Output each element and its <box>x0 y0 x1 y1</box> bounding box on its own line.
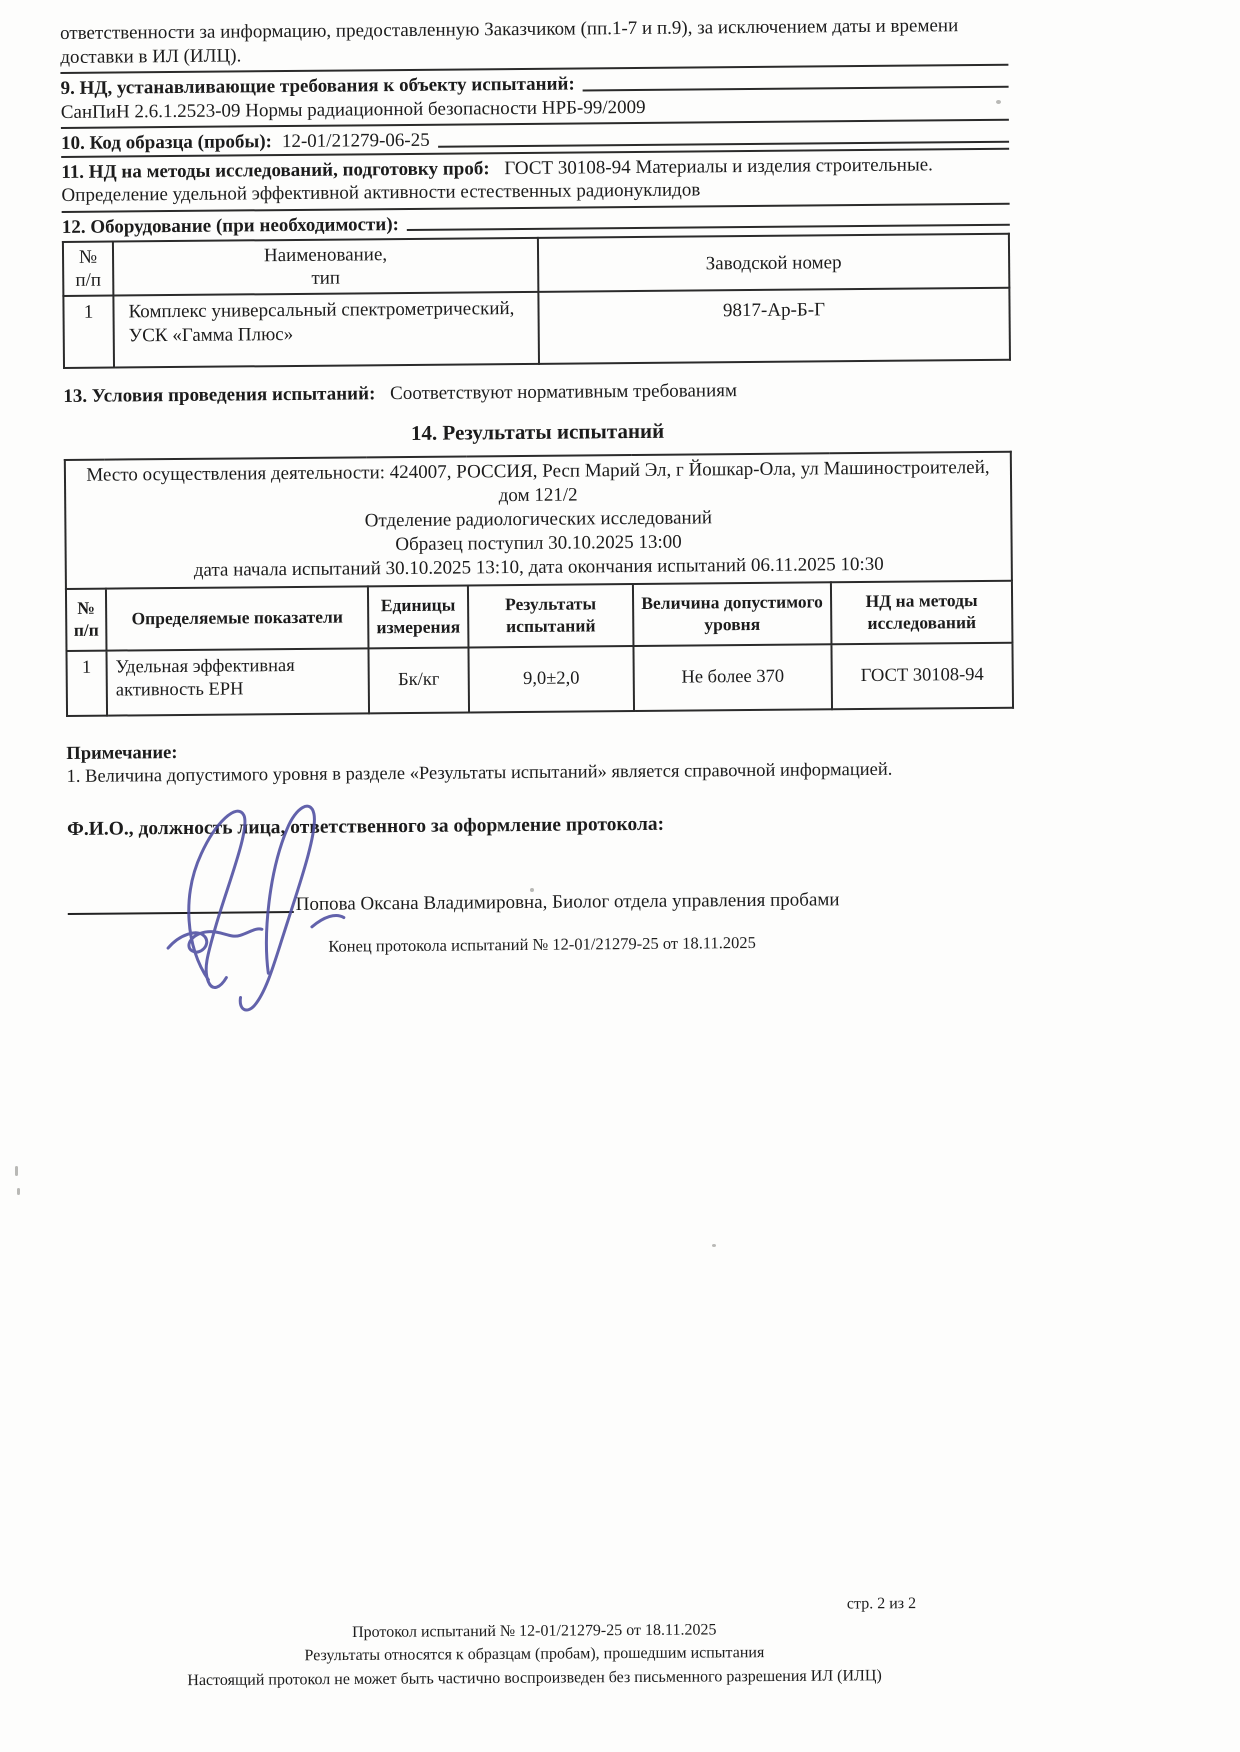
equipment-header-serial: Заводской номер <box>538 234 1009 292</box>
section-10-label: 10. Код образца (пробы): <box>61 130 272 155</box>
signature-row: Попова Оксана Владимировна, Биолог отдел… <box>68 880 1016 918</box>
scan-artifact <box>15 1166 18 1176</box>
results-info-cell: Место осуществления деятельности: 424007… <box>65 452 1012 589</box>
scan-artifact <box>17 1188 20 1195</box>
section-10-row: 10. Код образца (пробы): 12-01/21279-06-… <box>61 124 1009 158</box>
results-info-row: Место осуществления деятельности: 424007… <box>65 452 1012 589</box>
results-cell-limit: Не более 370 <box>633 644 832 711</box>
section-13-label: 13. Условия проведения испытаний: <box>63 384 375 408</box>
results-info-address: Место осуществления деятельности: 424007… <box>76 456 1000 512</box>
equipment-header-num: № п/п <box>63 242 113 296</box>
section-13-row: 13. Условия проведения испытаний: Соотве… <box>63 377 1011 409</box>
results-header-result: Результаты испытаний <box>468 584 634 647</box>
equipment-header-name: Наименование, тип <box>113 238 538 296</box>
scan-artifact <box>996 100 1001 104</box>
equipment-cell-num: 1 <box>63 296 114 368</box>
section-12-label: 12. Оборудование (при необходимости): <box>62 213 399 239</box>
results-cell-num: 1 <box>66 650 107 715</box>
results-cell-method: ГОСТ 30108-94 <box>831 642 1013 709</box>
results-cell-indicator: Удельная эффективная активность ЕРН <box>106 648 369 715</box>
section-11-label: 11. НД на методы исследований, подготовк… <box>61 158 489 183</box>
signer-name: Попова Оксана Владимировна, Биолог отдел… <box>296 888 840 916</box>
section-11-value: ГОСТ 30108-94 Материалы и изделия строит… <box>504 154 933 179</box>
equipment-table-header-row: № п/п Наименование, тип Заводской номер <box>63 234 1009 296</box>
section-10-value: 12-01/21279-06-25 <box>282 129 430 154</box>
document-content: ответственности за информацию, предостав… <box>60 14 1016 959</box>
results-header-row: № п/п Определяемые показатели Единицы из… <box>66 580 1013 650</box>
results-header-units: Единицы измерения <box>368 585 469 648</box>
results-header-limit: Величина допустимого уровня <box>633 582 832 646</box>
table-row: 1 Комплекс универсальный спектрометричес… <box>63 288 1010 368</box>
section-13-value: Соответствуют нормативным требованиям <box>390 380 737 404</box>
continuation-paragraph: ответственности за информацию, предостав… <box>60 14 1008 74</box>
section-11-block: 11. НД на методы исследований, подготовк… <box>61 152 1009 212</box>
results-section-title: 14. Результаты испытаний <box>63 415 1011 449</box>
table-row: 1 Удельная эффективная активность ЕРН Бк… <box>66 642 1013 715</box>
rule <box>583 85 1009 91</box>
rule <box>407 224 1010 231</box>
equipment-table: № п/п Наименование, тип Заводской номер … <box>62 233 1011 369</box>
results-header-method: НД на методы исследований <box>831 580 1013 644</box>
equipment-cell-name: Комплекс универсальный спектрометрически… <box>113 292 539 368</box>
equipment-cell-serial: 9817-Ар-Б-Г <box>538 288 1010 364</box>
results-table: Место осуществления деятельности: 424007… <box>64 451 1014 717</box>
scanned-protocol-page: ответственности за информацию, предостав… <box>0 0 1240 1752</box>
results-cell-result: 9,0±2,0 <box>468 646 634 712</box>
responsible-heading: Ф.И.О., должность лица, ответственного з… <box>67 810 1015 842</box>
rule <box>438 140 1009 147</box>
signature-line <box>68 910 294 915</box>
results-header-indicator: Определяемые показатели <box>106 586 369 650</box>
signature-ink <box>115 768 407 1016</box>
results-cell-units: Бк/кг <box>368 647 469 713</box>
end-of-protocol-line: Конец протокола испытаний № 12-01/21279-… <box>68 930 1016 959</box>
note-block: Примечание: 1. Величина допустимого уров… <box>66 734 1014 788</box>
scan-artifact <box>530 888 534 892</box>
page-footer: стр. 2 из 2 Протокол испытаний № 12-01/2… <box>60 1591 1009 1692</box>
results-header-num: № п/п <box>66 588 107 650</box>
scan-artifact <box>712 1244 716 1247</box>
